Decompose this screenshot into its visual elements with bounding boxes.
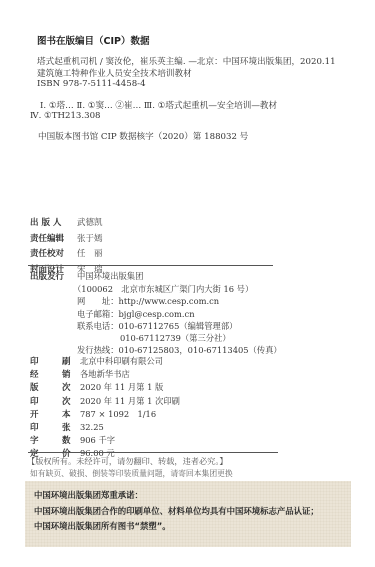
publisher-phone-row: 联系电话：010-67112765（编辑管理部） — [30, 320, 282, 332]
cip-verification-number: 中国版本图书馆 CIP 数据核字（2020）第 188032 号 — [38, 130, 248, 142]
spec-label: 印 — [30, 396, 62, 408]
email: bjgl@cesp.com.cn — [119, 309, 195, 319]
phone-1: 010-67112765（编辑管理部） — [119, 321, 238, 331]
spec-label: 经 — [30, 369, 62, 381]
credit-row: 责任校对任 丽 — [30, 245, 103, 261]
spec-label: 本 — [62, 409, 80, 421]
commitment-line-1: 中国环境出版集团合作的印刷单位、材料单位均具有中国环境标志产品认证； — [34, 505, 319, 517]
credit-value: 任 丽 — [77, 249, 103, 259]
spec-label: 字 — [30, 435, 62, 447]
spec-label: 印 — [30, 422, 62, 434]
divider — [28, 452, 278, 453]
phone-label: 联系电话： — [77, 321, 119, 331]
credit-row: 出 版 人武德凯 — [30, 214, 103, 230]
spec-value: 32.25 — [80, 422, 104, 432]
spec-label: 印 — [30, 356, 62, 368]
cip-record-line: 塔式起重机司机 / 窦汝伦，崔乐英主编. —北京：中国环境出版集团，2020.1… — [37, 55, 336, 67]
publisher-email-row: 电子邮箱：bjgl@cesp.com.cn — [30, 308, 282, 320]
cip-classification-line: Ⅰ. ①塔… Ⅱ. ①窦… ②崔… Ⅲ. ①塔式起重机—安全培训—教材 — [40, 99, 277, 111]
spec-value: 各地新华书店 — [80, 369, 130, 379]
environmental-commitment-box: 中国环境出版集团郑重承诺： 中国环境出版集团合作的印刷单位、材料单位均具有中国环… — [25, 481, 351, 547]
quality-notice: 如有缺页、破损、倒装等印装质量问题，请寄回本集团更换 — [30, 468, 233, 479]
hotline-label: 发行热线： — [77, 345, 119, 355]
website-label: 网 址： — [77, 296, 119, 306]
isbn: ISBN 978-7-5111-4458-4 — [37, 79, 146, 89]
phone-2: 010-67112739（第三分社） — [30, 332, 282, 344]
cip-series-line: 建筑施工特种作业人员安全技术培训教材 — [37, 67, 192, 79]
website: http://www.cesp.com.cn — [119, 296, 220, 306]
spec-row: 印次2020 年 11 月第 1 次印刷 — [30, 395, 180, 408]
spec-label: 开 — [30, 409, 62, 421]
credit-label: 责任校对 — [30, 248, 77, 261]
publisher-block: 出版发行中国环境出版集团 （100062 北京市东城区广渠门内大街 16 号） … — [30, 270, 282, 356]
spec-label: 张 — [62, 422, 80, 434]
spec-row: 印张32.25 — [30, 421, 180, 434]
hotline: 010-67125803，010-67113405（传真） — [119, 345, 282, 355]
publisher-name: 中国环境出版集团 — [77, 271, 143, 281]
cip-title: 图书在版编目（CIP）数据 — [37, 33, 149, 47]
credits-block: 出 版 人武德凯 责任编辑张于嫣 责任校对任 丽 封面设计宋 瑞 — [30, 214, 103, 276]
credit-label: 责任编辑 — [30, 233, 77, 246]
spec-label: 销 — [62, 369, 80, 381]
spec-label: 次 — [62, 382, 80, 394]
spec-label: 数 — [62, 435, 80, 447]
spec-value: 北京中科印刷有限公司 — [80, 356, 163, 366]
divider — [28, 265, 273, 266]
spec-value: 2020 年 11 月第 1 版 — [80, 382, 163, 392]
spec-row: 经销各地新华书店 — [30, 368, 180, 381]
credit-label: 出 版 人 — [30, 217, 77, 230]
specs-block: 印刷北京中科印刷有限公司 经销各地新华书店 版次2020 年 11 月第 1 版… — [30, 355, 180, 461]
credit-row: 责任编辑张于嫣 — [30, 230, 103, 246]
spec-value: 2020 年 11 月第 1 次印刷 — [80, 396, 180, 406]
spec-row: 字数906 千字 — [30, 434, 180, 447]
spec-row: 印刷北京中科印刷有限公司 — [30, 355, 180, 368]
spec-label: 次 — [62, 396, 80, 408]
publisher-website-row: 网 址：http://www.cesp.com.cn — [30, 295, 282, 307]
email-label: 电子邮箱： — [77, 309, 119, 319]
credit-value: 武德凯 — [77, 218, 103, 228]
spec-value: 906 千字 — [80, 435, 115, 445]
publisher-address: （100062 北京市东城区广渠门内大街 16 号） — [30, 283, 282, 295]
publisher-row: 出版发行中国环境出版集团 — [30, 270, 282, 283]
spec-label: 刷 — [62, 356, 80, 368]
publisher-label: 出版发行 — [30, 271, 77, 283]
commitment-title: 中国环境出版集团郑重承诺： — [34, 489, 143, 501]
credit-value: 张于嫣 — [77, 234, 103, 244]
copyright-notice: 【版权所有。未经许可，请勿翻印、转载，违者必究。】 — [27, 456, 228, 467]
spec-value: 787 × 1092 1/16 — [80, 409, 156, 419]
spec-row: 开本787 × 1092 1/16 — [30, 408, 180, 421]
cip-classification-line-2: Ⅳ. ①TH213.308 — [30, 111, 101, 121]
commitment-line-2: 中国环境出版集团所有图书“禁塑”。 — [34, 520, 171, 532]
spec-label: 版 — [30, 382, 62, 394]
spec-row: 版次2020 年 11 月第 1 版 — [30, 381, 180, 394]
